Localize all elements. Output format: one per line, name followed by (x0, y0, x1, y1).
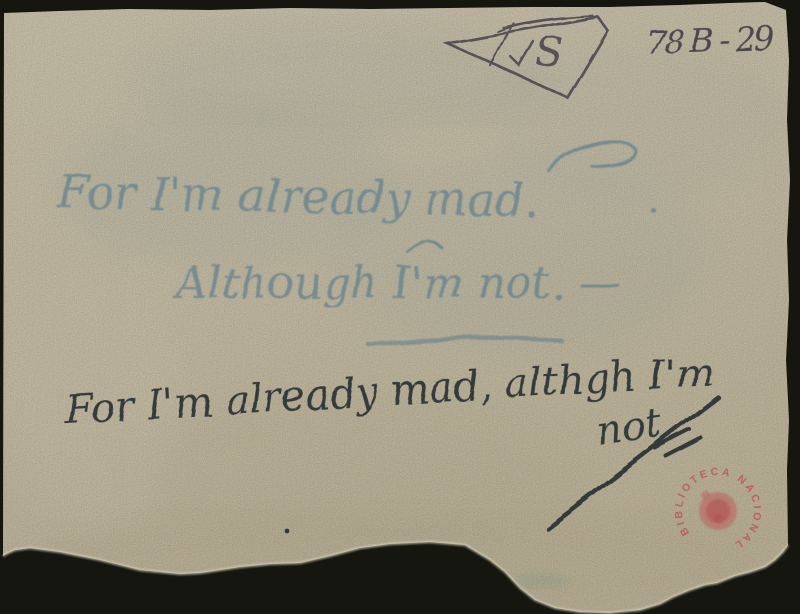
ink-speck (285, 529, 290, 534)
ink-dot (650, 207, 655, 212)
triangle-initial: S (536, 30, 563, 76)
blue-draft-line-2: Although I'm not. — (172, 258, 622, 309)
scan-canvas: S 78 B - 29 For I'm already mad. Althoug… (0, 0, 800, 614)
document-scan: S 78 B - 29 For I'm already mad. Althoug… (0, 0, 800, 614)
blue-draft-line-1: For I'm already mad. (57, 165, 539, 227)
catalog-number: 78 B - 29 (645, 18, 776, 62)
